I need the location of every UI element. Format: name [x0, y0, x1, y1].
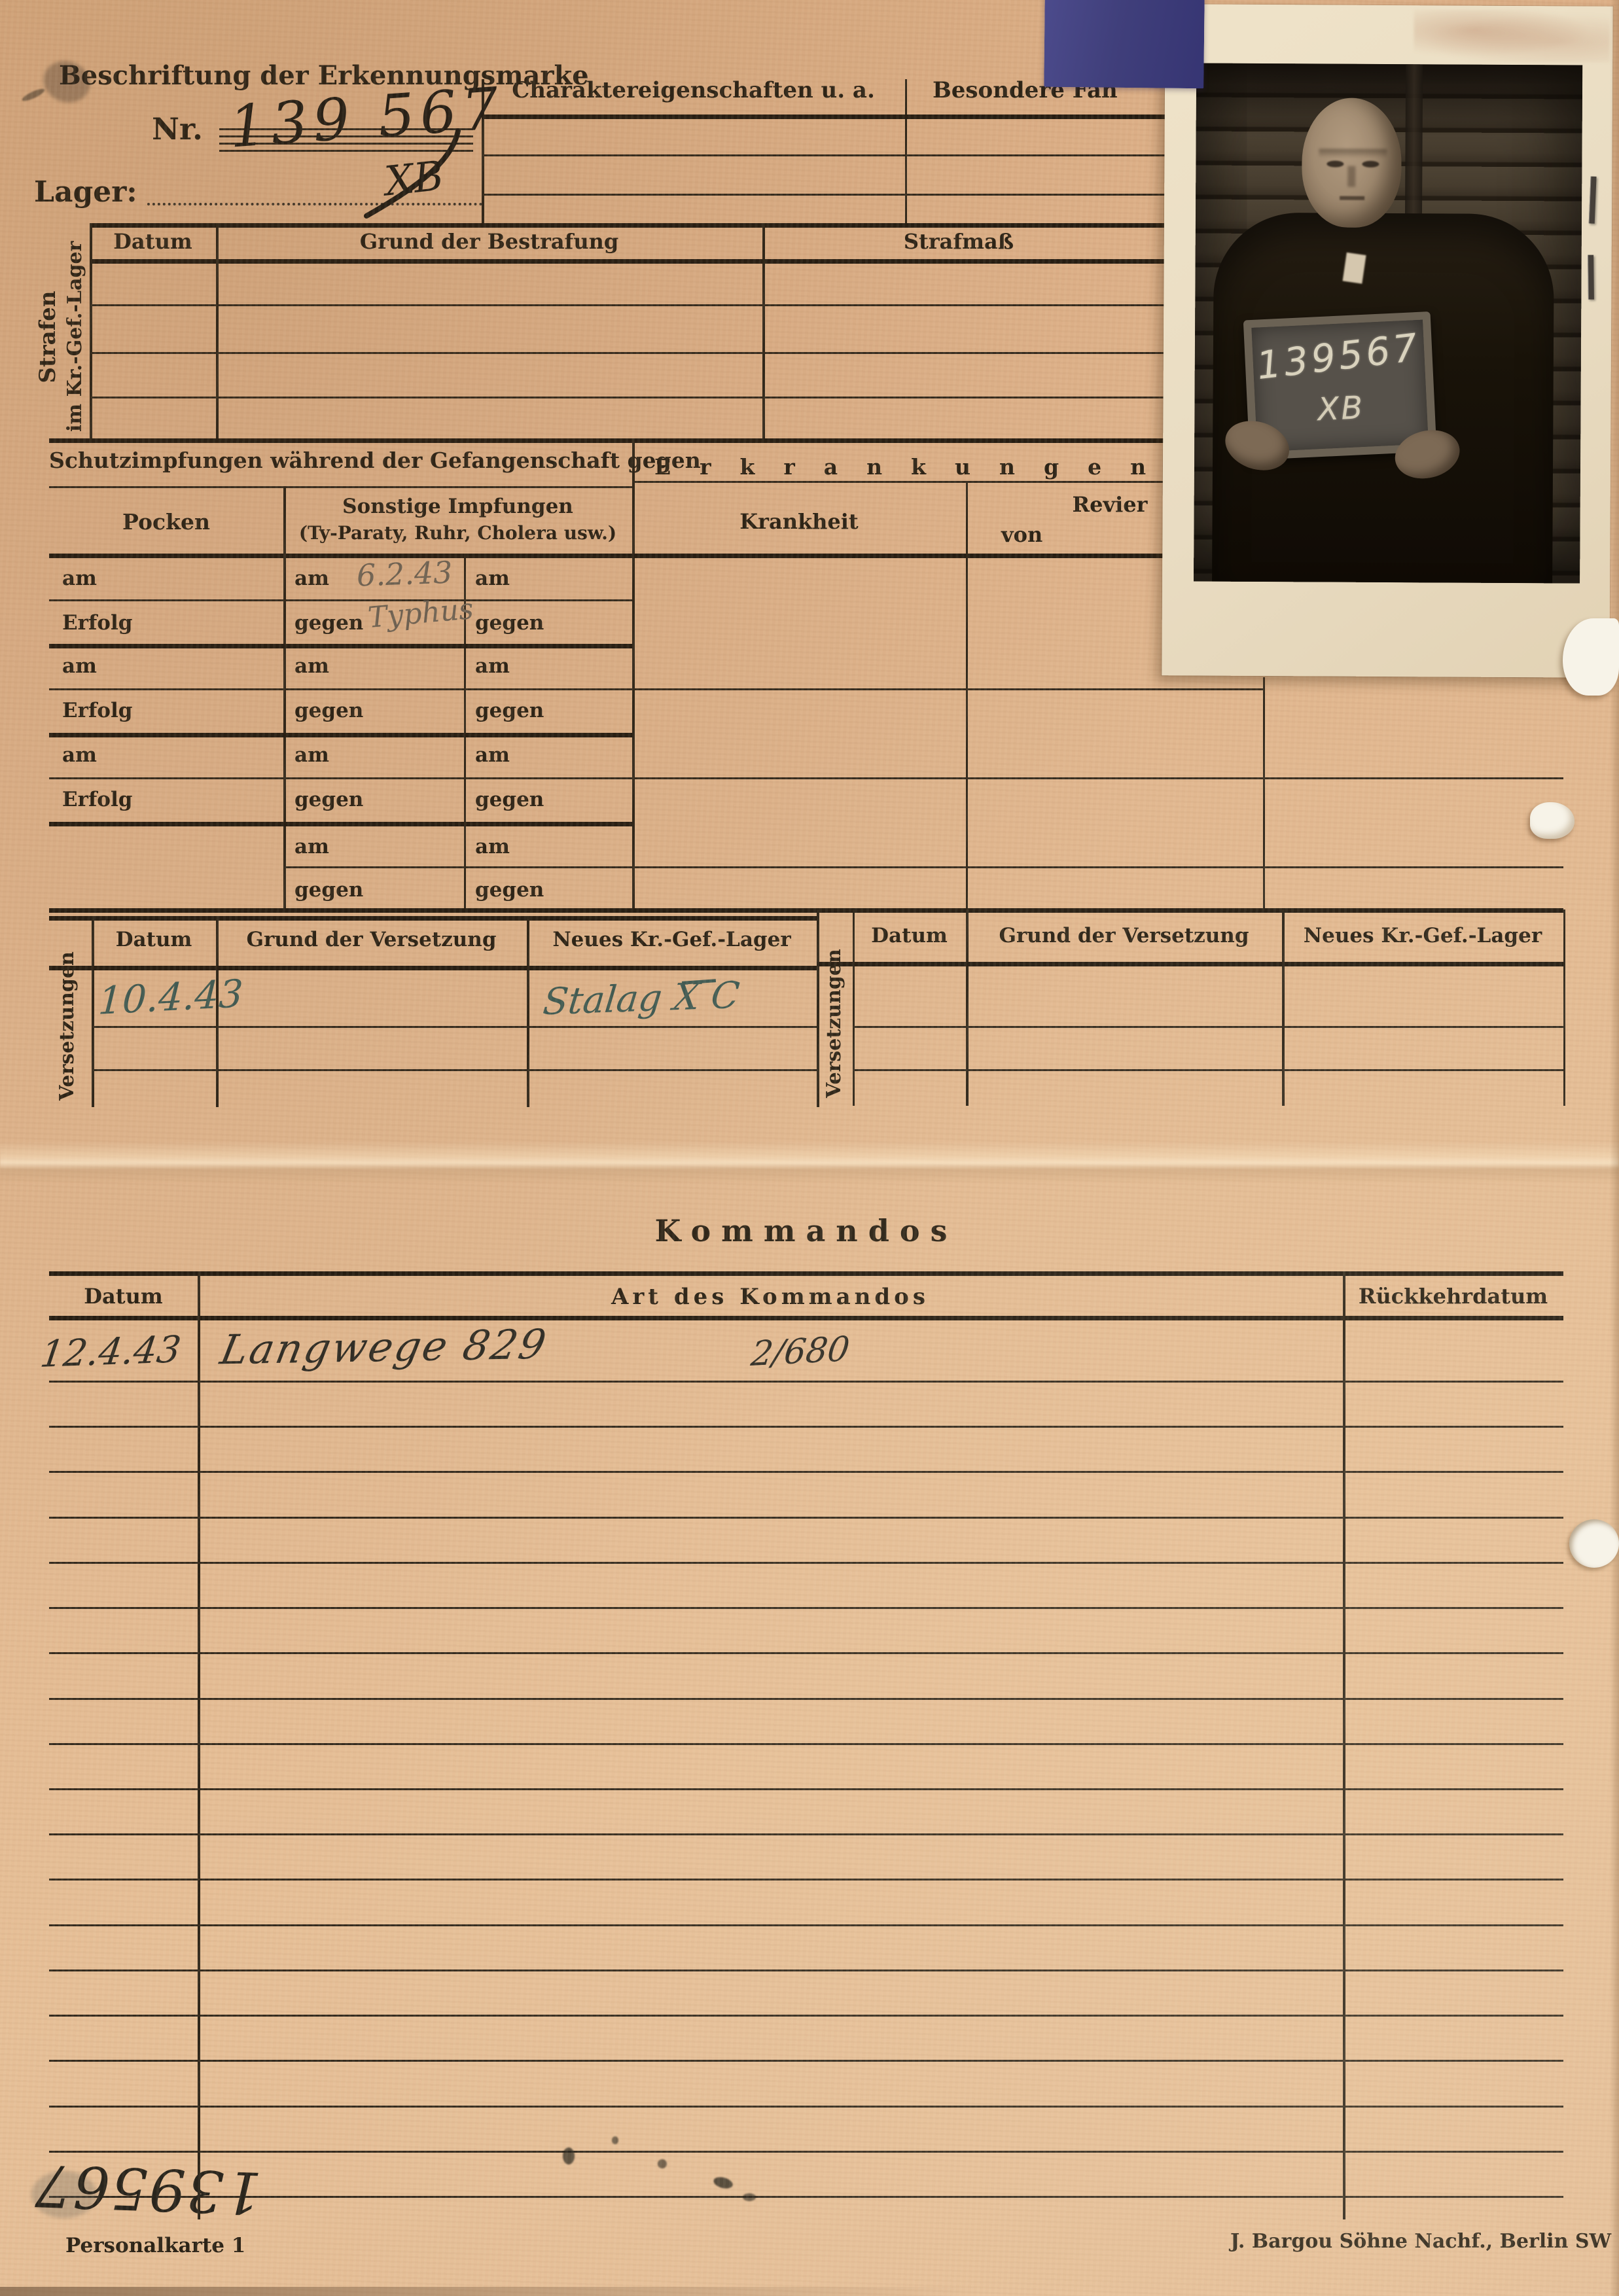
- rule: [49, 1698, 1563, 1700]
- impf-cell: am: [475, 835, 510, 858]
- rule: [853, 1026, 1563, 1028]
- rule: [49, 1426, 1563, 1428]
- rule: [817, 910, 819, 1107]
- rule: [49, 486, 632, 488]
- rule: [482, 194, 1169, 196]
- prisoner-head: [1302, 97, 1402, 228]
- versetzungen-right-side-label: Versetzungen: [823, 954, 849, 1098]
- rule: [49, 1316, 1563, 1320]
- impf-col-sonstige-sub: (Ty-Paraty, Ruhr, Cholera usw.): [283, 522, 632, 544]
- rule: [49, 1381, 1563, 1383]
- impf-cell: am: [62, 743, 97, 767]
- kommandos-title: Kommandos: [49, 1213, 1563, 1248]
- impf-cell: am: [294, 567, 329, 590]
- erkr-col-von: von: [1001, 522, 1042, 547]
- page-edge-shading: [1610, 0, 1619, 2296]
- impf-cell: am: [294, 835, 329, 858]
- rule: [905, 79, 907, 224]
- rule: [49, 599, 632, 601]
- staple: [1589, 176, 1597, 223]
- ink-smudge: [612, 2136, 618, 2144]
- rule: [49, 2151, 1563, 2153]
- rule: [1563, 910, 1565, 1106]
- rule: [853, 1069, 1563, 1071]
- impf-cell: am: [62, 567, 97, 590]
- rule: [49, 1879, 1563, 1881]
- rule: [49, 733, 632, 737]
- rule: [49, 1924, 1563, 1926]
- kommandos-col-art: Art des Kommandos: [198, 1284, 1343, 1310]
- rule: [49, 2015, 1563, 2017]
- rule: [817, 962, 1563, 966]
- rule: [632, 866, 1563, 868]
- ink-smudge: [658, 2159, 667, 2168]
- ink-smudge: [712, 2175, 734, 2190]
- rule: [90, 223, 92, 440]
- rule: [90, 397, 1169, 398]
- prisoner-collar: [1343, 253, 1366, 284]
- hw-impf-date: 6.2.43: [356, 554, 453, 593]
- rule: [49, 1562, 1563, 1564]
- id-nr-label: Nr.: [152, 111, 203, 147]
- pushpin: [1530, 802, 1575, 839]
- hw-kommando-date: 12.4.43: [37, 1328, 183, 1376]
- rule: [49, 908, 1563, 913]
- rule: [49, 1969, 1563, 1971]
- staple: [1588, 255, 1594, 300]
- rule: [90, 259, 1169, 264]
- pow-card: Beschriftung der Erkennungsmarke Nr. 139…: [0, 0, 1619, 2296]
- impf-cell: gegen: [475, 788, 544, 811]
- impf-cell: am: [475, 567, 510, 590]
- rule: [90, 223, 1169, 228]
- rule: [49, 438, 1169, 443]
- rule: [1343, 1271, 1345, 2219]
- impf-cell: gegen: [475, 611, 544, 635]
- vers-right-col-lager: Neues Kr.-Gef.-Lager: [1282, 924, 1563, 947]
- vers-left-col-datum: Datum: [92, 928, 216, 951]
- prisoner-eye: [1326, 161, 1343, 168]
- rule: [1263, 677, 1265, 910]
- rule: [49, 2106, 1563, 2108]
- impf-cell: am: [62, 654, 97, 678]
- ink-smudge: [743, 2193, 756, 2201]
- hw-lager-value: XB: [382, 152, 446, 205]
- charakter-title: Charaktereigenschaften u. a.: [482, 77, 905, 103]
- impf-cell: gegen: [294, 611, 363, 635]
- prisoner-nose-shadow: [1347, 166, 1355, 187]
- rule: [49, 554, 632, 558]
- erkr-col-krankheit: Krankheit: [632, 509, 966, 534]
- rule: [283, 486, 286, 911]
- lager-label: Lager:: [34, 175, 137, 209]
- impf-cell: am: [475, 743, 510, 767]
- hw-kommando-art: Langwege 829: [217, 1320, 552, 1374]
- strafen-col-strafmass: Strafmaß: [762, 229, 1155, 254]
- versetzungen-left-side-label: Versetzungen: [56, 957, 82, 1101]
- photo-print: 139567 XB: [1162, 4, 1612, 678]
- prisoner-eye: [1362, 161, 1379, 168]
- ink-smudge: [563, 2147, 575, 2164]
- vers-left-col-lager: Neues Kr.-Gef.-Lager: [527, 928, 817, 951]
- impf-cell: gegen: [294, 878, 363, 902]
- rule: [49, 688, 632, 690]
- impf-col-sonstige: Sonstige Impfungen: [283, 495, 632, 518]
- rule: [49, 966, 817, 970]
- card-name: Personalkarte 1: [65, 2234, 245, 2257]
- rule: [49, 822, 632, 826]
- rule: [49, 916, 817, 921]
- impf-cell: gegen: [475, 878, 544, 902]
- strafen-col-datum: Datum: [90, 229, 216, 254]
- vers-right-col-grund: Grund der Versetzung: [966, 924, 1282, 947]
- hw-impf-against: Typhus: [366, 592, 474, 635]
- rule: [632, 481, 1169, 483]
- rule: [632, 777, 1563, 779]
- rule: [966, 481, 968, 911]
- impf-cell: Erfolg: [62, 611, 132, 635]
- rule: [49, 777, 632, 779]
- impf-cell: gegen: [475, 699, 544, 722]
- strafen-col-grund: Grund der Bestrafung: [216, 229, 762, 254]
- strafen-side-label-1: Strafen: [35, 291, 61, 383]
- impf-cell: Erfolg: [62, 699, 132, 722]
- prisoner-brow-shadow: [1319, 149, 1387, 158]
- rule: [49, 1743, 1563, 1745]
- rule: [762, 223, 765, 440]
- impf-cell: gegen: [294, 699, 363, 722]
- strafen-side-label: Strafen im Kr.-Gef.-Lager: [35, 242, 90, 432]
- impf-cell: Erfolg: [62, 788, 132, 811]
- impfungen-title: Schutzimpfungen während der Gefangenscha…: [49, 448, 632, 473]
- rule: [90, 304, 1169, 306]
- printer-imprint: J. Bargou Söhne Nachf., Berlin SW 68: [1230, 2230, 1619, 2253]
- page-edge-shading: [0, 2287, 982, 2296]
- rule: [632, 688, 1263, 690]
- rule: [92, 1069, 817, 1071]
- rule: [49, 2196, 1563, 2198]
- rule: [482, 115, 1169, 119]
- rule: [49, 1833, 1563, 1835]
- rule: [632, 554, 1169, 558]
- rule: [49, 1517, 1563, 1519]
- fold-crease: [0, 1141, 1619, 1183]
- board-camp-code: XB: [1254, 386, 1427, 431]
- rule: [92, 1026, 817, 1028]
- impf-cell: am: [294, 743, 329, 767]
- kommandos-col-datum: Datum: [49, 1284, 198, 1309]
- punch-hole: [1569, 1519, 1619, 1568]
- board-number: 139567: [1251, 325, 1426, 389]
- erkrankungen-title: Erkrankungen: [654, 454, 1175, 480]
- strafen-side-label-2: im Kr.-Gef.-Lager: [63, 241, 86, 432]
- rule: [49, 1607, 1563, 1609]
- prisoner-photo: 139567 XB: [1194, 63, 1582, 583]
- rule: [49, 2060, 1563, 2062]
- rule: [482, 154, 1169, 156]
- hw-prisoner-number-inverted: 139567: [33, 2151, 262, 2227]
- impf-col-pocken: Pocken: [49, 509, 283, 535]
- rule: [49, 1271, 1563, 1276]
- rule: [49, 644, 632, 648]
- vers-left-col-grund: Grund der Versetzung: [216, 928, 527, 951]
- rule: [90, 352, 1169, 354]
- paper-tear: [1563, 618, 1619, 696]
- hw-kommando-nr: 2/680: [749, 1330, 851, 1374]
- prisoner-mouth: [1340, 196, 1364, 200]
- ink-smudge: [21, 86, 46, 103]
- rule: [216, 223, 219, 440]
- rule: [49, 1652, 1563, 1654]
- kommandos-col-rueckkehr: Rückkehrdatum: [1343, 1284, 1563, 1309]
- rule: [49, 1788, 1563, 1790]
- impf-cell: am: [294, 654, 329, 678]
- impf-cell: am: [475, 654, 510, 678]
- rule: [49, 1471, 1563, 1473]
- impf-cell: gegen: [294, 788, 363, 811]
- rule: [198, 1271, 200, 2219]
- archival-tape: [1044, 0, 1204, 88]
- rule: [283, 866, 632, 868]
- vers-right-col-datum: Datum: [853, 924, 966, 947]
- hw-vers-date: 10.4.43: [97, 971, 244, 1023]
